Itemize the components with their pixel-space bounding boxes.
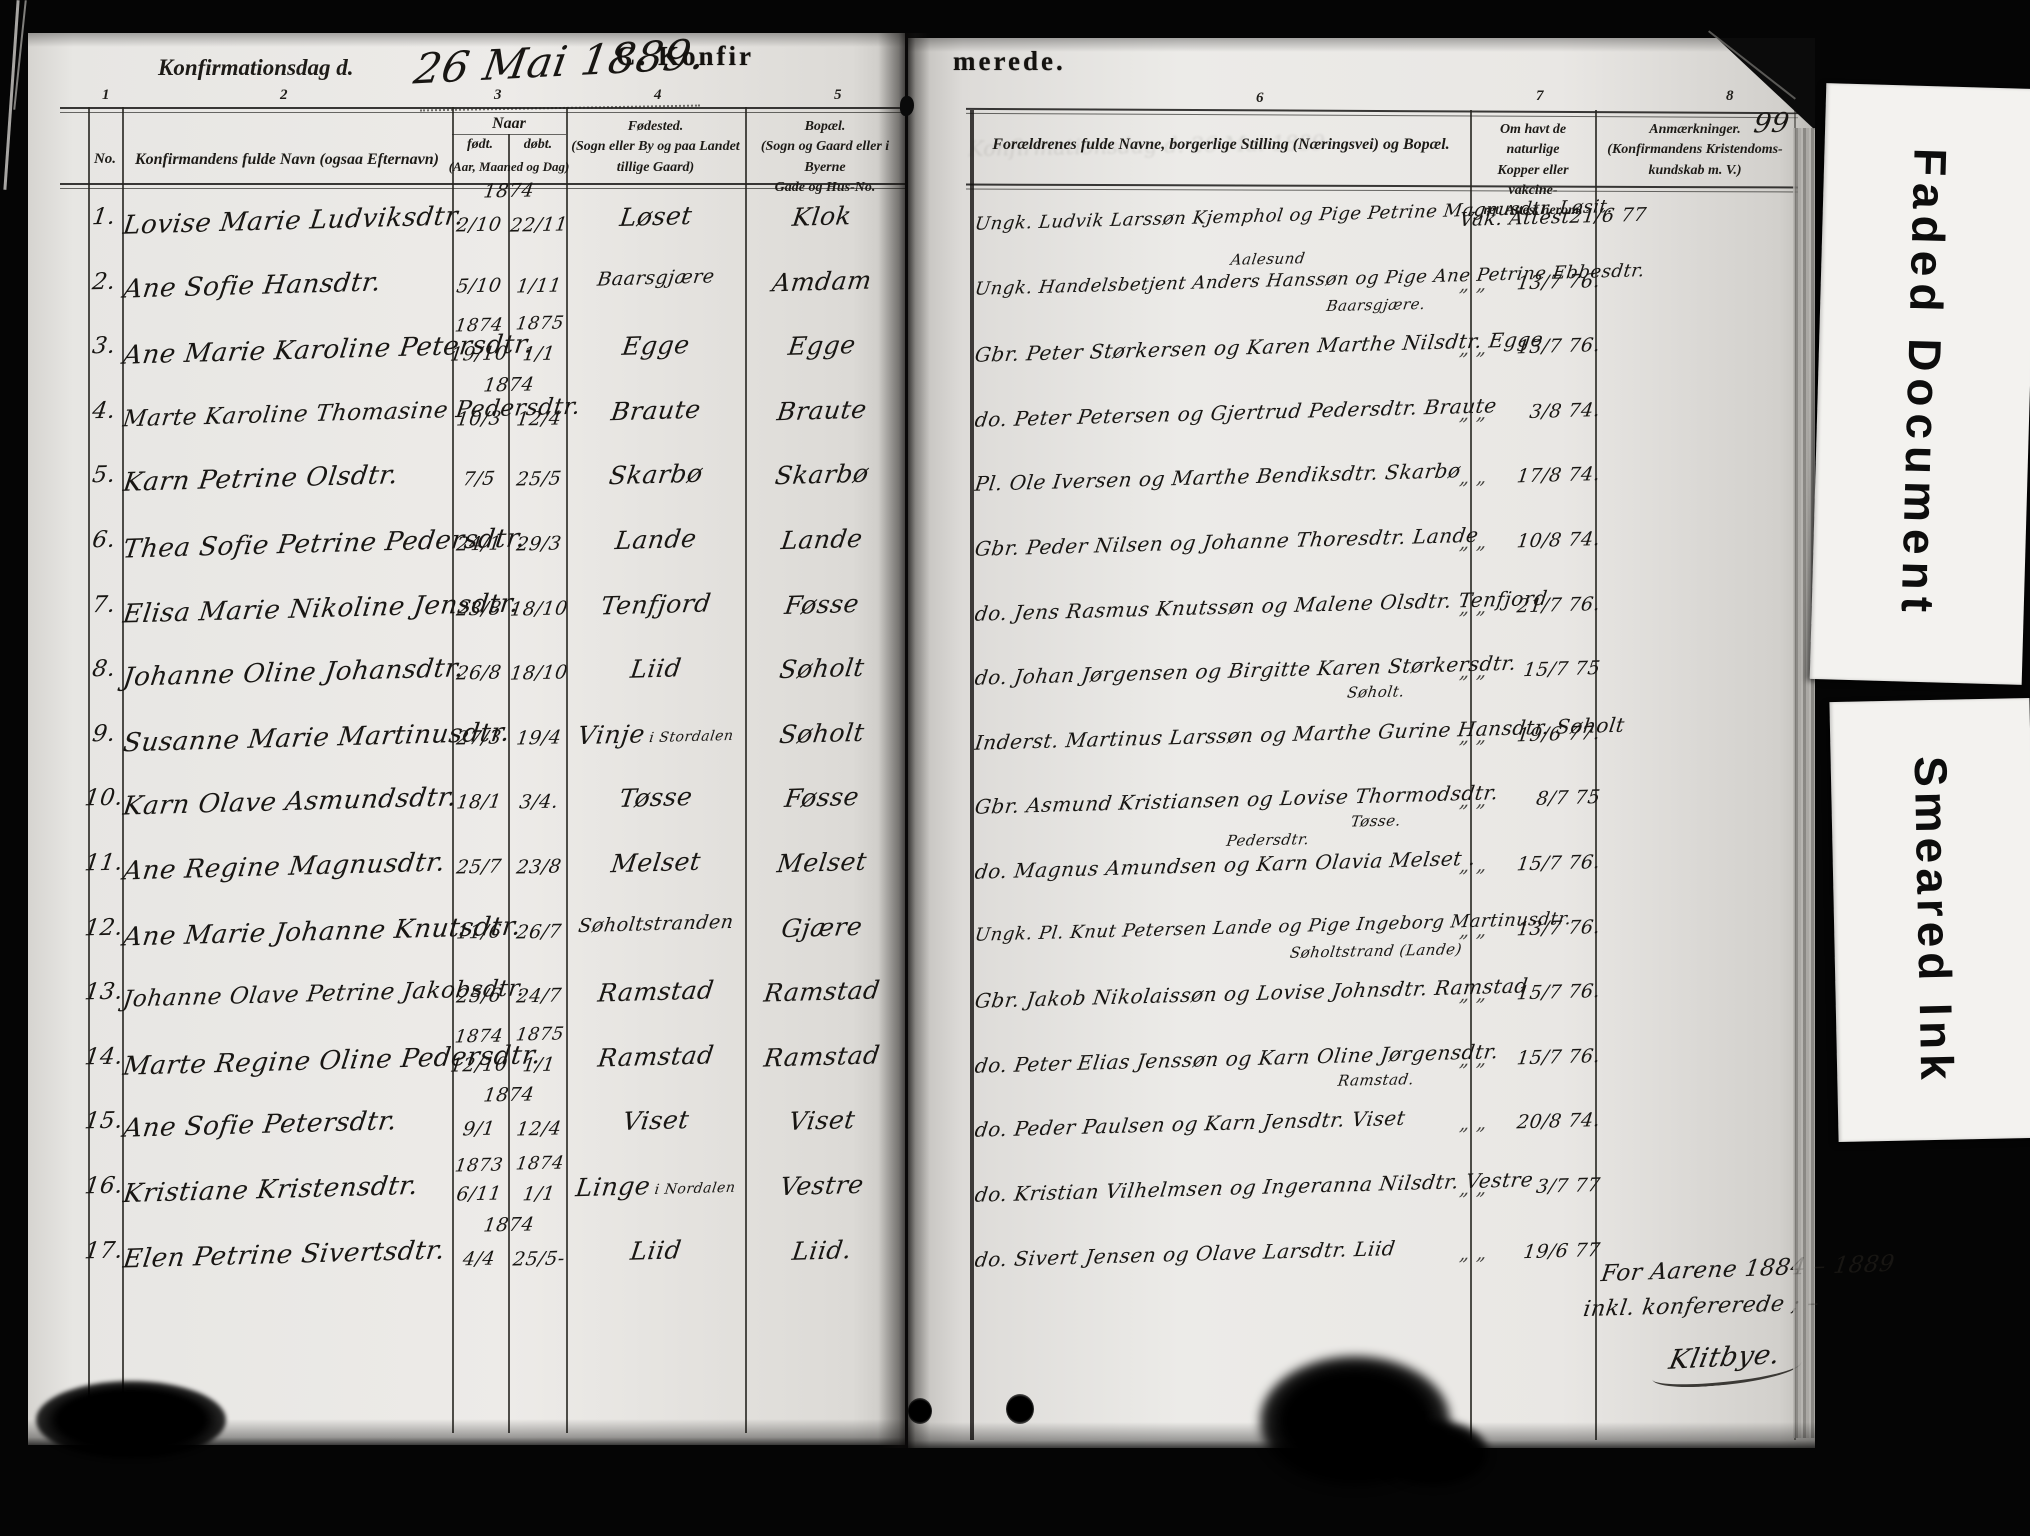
row-name: Kristiane Kristensdtr. — [121, 1171, 420, 1209]
scan-edge-line2 — [13, 0, 26, 110]
row-bapt-year: 1875 — [508, 313, 571, 335]
column-number-3: 3 — [494, 87, 502, 104]
vline-parents-left — [970, 110, 974, 1440]
vaccination-date: 10/8 74. — [1516, 528, 1602, 552]
confirmation-day-label: Konfirmationsdag d. — [158, 55, 354, 81]
column-number-6: 6 — [1256, 90, 1264, 107]
row-born-date: 11/6 — [448, 920, 509, 943]
header-line: Kopper eller vakcine- — [1474, 161, 1592, 202]
header-line: Om havt de naturlige — [1474, 120, 1592, 161]
row-vaccination: „ „17/8 74. — [1458, 463, 1601, 489]
row-parents-below: Ramstad. — [1274, 1069, 1477, 1091]
row-born-date: 24/1 — [448, 532, 509, 555]
vaccination-date: 15/7 76. — [1516, 1045, 1602, 1069]
row-birthplace: Ramstad — [566, 1039, 746, 1073]
row-baptized-date: 24/7 — [508, 985, 569, 1008]
header-no: No. — [84, 151, 126, 168]
book-gutter-shadow — [878, 33, 930, 1448]
row-born-date: 2/10 — [448, 213, 509, 236]
row-birthplace: Vinje i Stordalen — [566, 716, 746, 750]
row-year-span: 1874 — [450, 1212, 567, 1236]
vaccination-ditto-or-label: Vak. Attest — [1458, 206, 1571, 231]
row-born-date: 23/8 — [448, 597, 509, 620]
row-parents-below: Baarsgjære. — [1274, 294, 1477, 316]
row-birthplace: Viset — [566, 1104, 746, 1138]
row-baptized-date: 19/4 — [508, 726, 569, 749]
column-number-8: 8 — [1726, 88, 1734, 105]
row-born-year: 1874 — [446, 315, 511, 337]
row-born-date: 18/1 — [448, 791, 509, 814]
header-parents: Forældrenes fulde Navne, borgerlige Stil… — [978, 136, 1464, 154]
row-baptized-date: 25/5- — [508, 1247, 569, 1270]
column-number-2: 2 — [280, 87, 288, 104]
row-birthplace: Melset — [566, 846, 746, 880]
row-baptized-date: 1/1 — [508, 1053, 569, 1076]
row-vaccination: Vak. Attest21/6 77 — [1458, 205, 1601, 231]
vaccination-ditto-or-label: „ „ — [1458, 467, 1488, 490]
row-vaccination: „ „13/7 76. — [1458, 334, 1601, 360]
row-born-date: 5/10 — [448, 274, 509, 297]
row-birthplace-district: i Stordalen — [643, 728, 734, 746]
vaccination-date: 15/7 76. — [1516, 851, 1602, 875]
row-baptized-date: 1/1 — [508, 1182, 569, 1205]
header-line: (Konfirmandens Kristendoms- — [1599, 140, 1791, 160]
page-stack-edge — [1793, 128, 1815, 1438]
vaccination-date: 15/7 76. — [1516, 980, 1602, 1004]
row-born-date: 9/1 — [448, 1118, 509, 1141]
vaccination-date: 3/8 74. — [1528, 399, 1601, 423]
row-number: 7. — [78, 591, 130, 618]
vaccination-ditto-or-label: „ „ — [1458, 1113, 1488, 1136]
vaccination-date: 3/7 77 — [1535, 1174, 1602, 1198]
row-number: 9. — [78, 720, 130, 747]
row-number: 16. — [78, 1173, 130, 1200]
row-vaccination: „ „21/7 76. — [1458, 593, 1601, 619]
row-parents: do. Peder Paulsen og Karn Jensdtr. Viset — [973, 1105, 1464, 1143]
header-birthplace: Fødested.(Sogn eller By og paa Landettil… — [568, 117, 743, 178]
vaccination-ditto-or-label: „ „ — [1458, 531, 1488, 554]
row-number: 1. — [78, 204, 130, 231]
row-vaccination: „ „8/7 75 — [1458, 786, 1601, 812]
row-number: 14. — [78, 1043, 130, 1070]
row-born-date: 25/6 — [448, 985, 509, 1008]
smeared-ink-label: Smeared Ink — [1904, 755, 1965, 1085]
row-vaccination: „ „3/7 77 — [1458, 1174, 1601, 1200]
row-born-date: 7/5 — [448, 468, 509, 491]
row-name: Ane Regine Magnusdtr. — [121, 848, 447, 887]
header-line: Fødested. — [568, 117, 743, 137]
row-name: Johanne Oline Johansdtr. — [121, 653, 465, 692]
scan-edge-lines — [3, 0, 19, 190]
row-vaccination: „ „3/8 74. — [1458, 399, 1601, 425]
row-born-date: 25/7 — [448, 855, 509, 878]
column-number-4: 4 — [654, 87, 662, 104]
row-baptized-date: 18/10 — [508, 597, 569, 620]
vaccination-ditto-or-label: „ „ — [1458, 1177, 1488, 1200]
faded-document-label: Faded Document — [1890, 148, 1957, 620]
row-parents: Ungk. Pl. Knut Petersen Lande og Pige In… — [974, 911, 1465, 946]
row-born-year: 1874 — [446, 1025, 511, 1047]
header-naar-sub: (Aar, Maaned og Dag) — [448, 159, 570, 175]
row-parents: Gbr. Jakob Nikolaissøn og Lovise Johnsdt… — [973, 975, 1464, 1013]
row-vaccination: „ „15/7 76. — [1458, 851, 1601, 877]
row-birthplace: Løset — [566, 200, 746, 234]
vline-remarks-right — [1794, 110, 1796, 1440]
row-vaccination: „ „15/7 76. — [1458, 1045, 1601, 1071]
header-line: tillige Gaard) — [568, 158, 743, 178]
row-parents: Gbr. Peter Størkersen og Karen Marthe Ni… — [973, 329, 1464, 367]
row-baptized-date: 18/10 — [508, 662, 569, 685]
vaccination-date: 21/6 77 — [1568, 204, 1648, 228]
vaccination-ditto-or-label: „ „ — [1458, 983, 1488, 1006]
row-birthplace: Linge i Nordalen — [566, 1169, 746, 1203]
table-top-rule-r2 — [966, 113, 1798, 118]
vaccination-date: 20/8 74. — [1516, 1109, 1602, 1133]
table-top-rule — [60, 107, 905, 109]
row-baptized-date: 1/11 — [508, 274, 569, 297]
row-name: Karn Olave Asmundsdtr. — [121, 783, 458, 822]
vaccination-ditto-or-label: „ „ — [1458, 660, 1488, 683]
vaccination-ditto-or-label: „ „ — [1458, 337, 1488, 360]
row-baptized-date: 3/4. — [508, 791, 569, 814]
right-page: merede. 99 Konfirmationsdag d. 26 Mai 18… — [908, 38, 1815, 1448]
vaccination-date: 19/6 77 — [1522, 1239, 1602, 1263]
row-number: 17. — [78, 1237, 130, 1264]
vaccination-date: 15/7 75 — [1522, 657, 1602, 681]
row-birthplace: Lande — [566, 523, 746, 557]
header-name: Konfirmandens fulde Navn (ogsaa Efternav… — [126, 151, 448, 169]
row-name: Lovise Marie Ludviksdtr. — [121, 201, 465, 240]
vaccination-date: 13/7 76. — [1516, 334, 1602, 358]
header-dobt: døbt. — [510, 137, 566, 153]
row-baptized-date: 12/4 — [508, 1118, 569, 1141]
vaccination-date: 19/6 77. — [1516, 722, 1602, 746]
row-birthplace: Søholtstranden — [566, 910, 746, 937]
row-birthplace: Tøsse — [566, 781, 746, 815]
row-birthplace: Ramstad — [566, 975, 746, 1009]
vaccination-ditto-or-label: „ „ — [1458, 273, 1488, 296]
row-number: 2. — [78, 268, 130, 295]
row-number: 12. — [78, 914, 130, 941]
row-baptized-date: 25/5 — [508, 468, 569, 491]
overlay-strip-smeared-ink: Smeared Ink — [1829, 698, 2030, 1142]
header-line: Anmærkninger. — [1599, 120, 1791, 140]
section-title-right: merede. — [953, 46, 1066, 77]
header-naar: Naar — [452, 115, 566, 133]
hole-punch-right — [1006, 1394, 1034, 1424]
row-year-span: 1874 — [450, 179, 567, 203]
scan-blob-bottom-right2 — [1378, 1420, 1488, 1486]
row-parents: Ungk. Ludvik Larssøn Kjemphol og Pige Pe… — [974, 200, 1465, 235]
vaccination-date: 13/7 76. — [1516, 270, 1602, 294]
row-birthplace: Baarsgjære — [566, 264, 746, 291]
header-remarks: Anmærkninger.(Konfirmandens Kristendoms-… — [1599, 120, 1791, 181]
row-vaccination: „ „13/7 76. — [1458, 916, 1601, 942]
row-name: Karn Petrine Olsdtr. — [121, 461, 400, 499]
row-parents: Ungk. Handelsbetjent Anders Hanssøn og P… — [974, 265, 1465, 300]
row-vaccination: „ „15/7 76. — [1458, 980, 1601, 1006]
row-birthplace: Tenfjord — [566, 587, 746, 621]
row-born-date: 6/11 — [448, 1182, 509, 1205]
row-bapt-year: 1875 — [508, 1023, 571, 1045]
row-baptized-date: 23/8 — [508, 855, 569, 878]
header-line: kundskab m. V.) — [1599, 161, 1791, 181]
row-year-span: 1874 — [450, 1083, 567, 1107]
row-born-date: 10/3 — [448, 407, 509, 430]
vaccination-ditto-or-label: „ „ — [1458, 790, 1488, 813]
header-bottom-rule-r2 — [966, 189, 1798, 193]
row-born-year: 1873 — [446, 1154, 511, 1176]
vaccination-ditto-or-label: „ „ — [1458, 596, 1488, 619]
header-line: (Sogn eller By og paa Landet — [568, 137, 743, 157]
vaccination-date: 8/7 75 — [1535, 786, 1602, 810]
row-parents: do. Sivert Jensen og Olave Larsdtr. Liid — [973, 1234, 1464, 1272]
vaccination-ditto-or-label: „ „ — [1458, 1048, 1488, 1071]
row-parents-below: Søholt. — [1274, 681, 1477, 703]
row-vaccination: „ „19/6 77. — [1458, 722, 1601, 748]
vaccination-date: 13/7 76. — [1516, 916, 1602, 940]
vline-table-left — [88, 107, 90, 1433]
row-parents-above: Aalesund — [1156, 247, 1379, 270]
row-vaccination: „ „13/7 76. — [1458, 270, 1601, 296]
row-parents: Inderst. Martinus Larssøn og Marthe Guri… — [973, 717, 1464, 755]
vaccination-ditto-or-label: „ „ — [1458, 854, 1488, 877]
row-number: 11. — [78, 850, 130, 877]
row-parents: Pl. Ole Iversen og Marthe Bendiksdtr. Sk… — [973, 459, 1464, 497]
column-number-1: 1 — [102, 87, 110, 104]
scan-blob-bottom-left — [36, 1381, 226, 1459]
row-parents: do. Kristian Vilhelmsen og Ingeranna Nil… — [973, 1169, 1464, 1207]
row-year-span: 1874 — [450, 373, 567, 397]
vaccination-ditto-or-label: „ „ — [1458, 919, 1488, 942]
row-parents-below: Søholtstrand (Lande) — [1274, 940, 1477, 962]
hole-punch-left — [908, 1398, 932, 1424]
row-birthplace: Liid — [566, 652, 746, 686]
row-vaccination: „ „20/8 74. — [1458, 1109, 1601, 1135]
vline-bapt-birthplace — [566, 107, 568, 1433]
row-vaccination: „ „10/8 74. — [1458, 528, 1601, 554]
row-baptized-date: 1/1 — [508, 343, 569, 366]
vaccination-date: 21/7 76. — [1516, 593, 1602, 617]
row-parents: Gbr. Peder Nilsen og Johanne Thoresdtr. … — [973, 523, 1464, 561]
row-birthplace: Liid — [566, 1233, 746, 1267]
section-title-left: C. Konfir — [616, 41, 754, 72]
vaccination-date: 17/8 74. — [1516, 463, 1602, 487]
row-birthplace: Braute — [566, 393, 746, 427]
row-born-date: 27/3 — [448, 726, 509, 749]
row-birthplace-district: i Nordalen — [649, 1180, 737, 1198]
row-parents: do. Jens Rasmus Knutssøn og Malene Olsdt… — [973, 588, 1464, 626]
row-parents-above: Pedersdtr. — [1156, 829, 1379, 852]
column-number-7: 7 — [1536, 88, 1544, 105]
vaccination-ditto-or-label: „ „ — [1458, 725, 1488, 748]
row-baptized-date: 22/11 — [508, 213, 569, 236]
row-baptized-date: 12/4 — [508, 407, 569, 430]
vaccination-ditto-or-label: „ „ — [1458, 1242, 1488, 1265]
row-born-date: 12/10 — [448, 1053, 509, 1076]
row-born-date: 19/10 — [448, 343, 509, 366]
row-born-date: 4/4 — [448, 1247, 509, 1270]
row-parents: do. Peter Petersen og Gjertrud Pedersdtr… — [973, 394, 1464, 432]
row-vaccination: „ „15/7 75 — [1458, 657, 1601, 683]
row-name: Ane Sofie Hansdtr. — [122, 267, 383, 304]
row-parents: do. Magnus Amundsen og Karn Olavia Melse… — [973, 846, 1464, 884]
row-name: Elen Petrine Sivertsdtr. — [121, 1235, 447, 1274]
vaccination-ditto-or-label: „ „ — [1458, 402, 1488, 425]
table-top-rule2 — [60, 112, 905, 113]
scanned-register-spread: Konfirmationsdag d. 26 Mai 1889. C. Konf… — [0, 0, 2030, 1536]
row-vaccination: „ „19/6 77 — [1458, 1239, 1601, 1265]
vline-no-name — [122, 107, 124, 1433]
row-born-date: 26/8 — [448, 662, 509, 685]
row-baptized-date: 26/7 — [508, 920, 569, 943]
row-baptized-date: 29/3 — [508, 532, 569, 555]
row-birthplace: Skarbø — [566, 458, 746, 492]
footer-note-line1: For Aarene 1884 – 1889 — [1599, 1251, 1896, 1287]
row-name: Ane Sofie Petersdtr. — [121, 1107, 398, 1145]
column-number-5: 5 — [834, 87, 842, 104]
left-page: Konfirmationsdag d. 26 Mai 1889. C. Konf… — [28, 33, 905, 1445]
row-bapt-year: 1874 — [508, 1152, 571, 1174]
row-birthplace: Egge — [566, 329, 746, 363]
overlay-strip-faded-document: Faded Document — [1810, 83, 2030, 685]
header-bottom-rule-r — [966, 184, 1798, 189]
header-fodt: født. — [452, 137, 508, 153]
footer-note-line2: inkl. konfererede ; – — [1582, 1291, 1821, 1322]
